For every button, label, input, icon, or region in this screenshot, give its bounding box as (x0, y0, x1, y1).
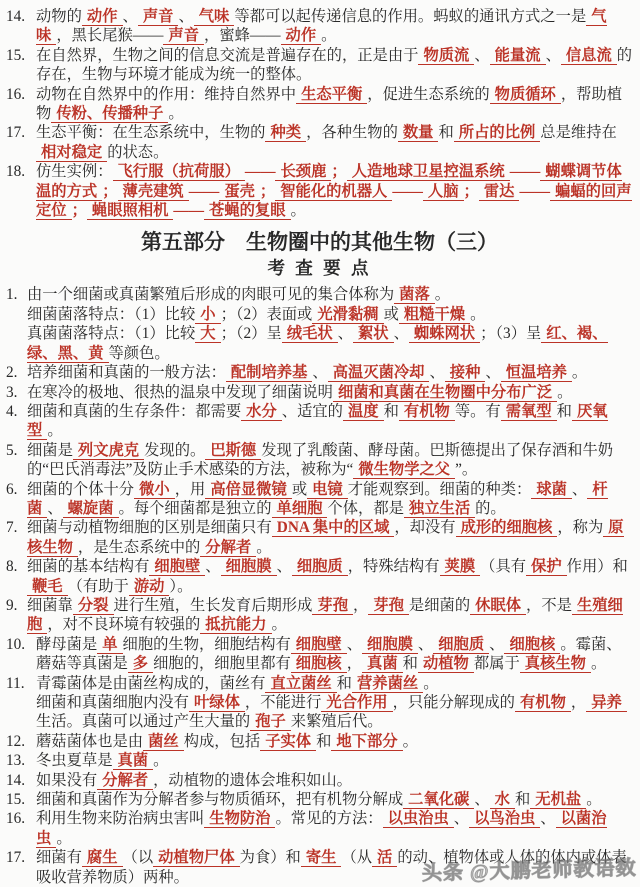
text-segment: 或 (384, 306, 399, 323)
answer-blank: 所占的比例 (454, 124, 541, 142)
answer-blank: 细菌和真菌在生物圈中分布广泛 (333, 384, 557, 402)
answer-blank: 真核生物 (520, 655, 591, 673)
text-segment: —— (392, 183, 423, 200)
item-number: 12. (6, 732, 36, 751)
answer-blank: 二氧化碳 (403, 791, 474, 809)
text-segment: 等。有 (455, 403, 501, 420)
text-segment: 、 (474, 791, 489, 808)
text-segment: 由一个细菌或真菌繁殖后形成的肉眼可见的集合体称为 (27, 286, 394, 303)
answer-blank: 物质循环 (490, 86, 561, 104)
section-title: 第五部分 生物圈中的其他生物（三） (6, 229, 633, 256)
answer-blank: 活 (372, 849, 397, 867)
list-item: 8.细菌的基本结构有细胞壁、细胞膜、细胞质，特殊结构有荚膜（具有保护作用）和鞭毛… (6, 557, 633, 596)
main-item-list: 1.由一个细菌或真菌繁殖后形成的肉眼可见的集合体称为菌落。细菌菌落特点：（1）比… (6, 285, 633, 887)
answer-blank: 独立生活 (404, 500, 475, 518)
text-segment: ，不能进行 (245, 694, 322, 711)
text-segment: 和 (384, 403, 399, 420)
text-segment: ，不是 (526, 597, 572, 614)
item-number: 1. (6, 285, 27, 304)
answer-blank: 抵抗能力 (200, 616, 271, 634)
text-segment: ，黑长尾猴—— (56, 27, 163, 44)
text-segment: ，只能分解现成的 (393, 694, 515, 711)
text-segment: 细胞的，细胞里都有 (153, 655, 291, 672)
answer-blank: 分裂 (73, 597, 114, 615)
answer-blank: 水 (490, 791, 515, 809)
answer-blank: 需氧型 (501, 403, 557, 421)
text-segment: 培养细菌和真菌的一般方法： (27, 364, 226, 381)
text-segment: 的状态。 (107, 144, 168, 161)
text-segment: 蘑菇菌体也是由 (36, 733, 143, 750)
text-segment: 是细菌的 (409, 597, 470, 614)
answer-blank: 菌落 (394, 286, 435, 304)
answer-blank: 休眠体 (470, 597, 526, 615)
text-segment: 、 (540, 810, 555, 827)
answer-blank: 孢子 (250, 713, 291, 731)
text-segment: 、 (277, 558, 292, 575)
item-number: 14. (6, 771, 36, 790)
top-item-list: 14.动物的动作、声音、气味等都可以起传递信息的作用。蚂蚁的通讯方式之一是气味，… (6, 7, 633, 220)
answer-blank: 子实体 (260, 733, 316, 751)
text-segment: 生态平衡：在生态系统中，生物的 (36, 124, 265, 141)
answer-blank: 细胞壁 (149, 558, 205, 576)
list-item: 5.细菌是列文虎克发现的。巴斯德发现了乳酸菌、酵母菌。巴斯德提出了保存酒和牛奶的… (6, 441, 633, 480)
text-segment: 、 (485, 364, 500, 381)
text-segment: ； (331, 163, 346, 180)
text-segment: 仿生实例： (36, 163, 113, 180)
answer-blank: 真菌 (113, 752, 154, 770)
text-segment: （有助于 (68, 578, 129, 595)
answer-blank: 以鸟治虫 (469, 810, 540, 828)
text-segment: 。常见的方法： (275, 810, 382, 827)
item-number: 16. (6, 809, 36, 828)
answer-blank: 异养 (586, 694, 627, 712)
list-item: 3.在寒冷的极地、很热的温泉中发现了细菌说明细菌和真菌在生物圈中分布广泛。 (6, 383, 633, 402)
text-segment: 细胞的生物，细胞结构有 (123, 636, 291, 653)
answer-blank: 蜘蛛网状 (409, 325, 480, 343)
list-item: 17.生态平衡：在生态系统中，生物的种类，各种生物的数量和所占的比例总是维持在相… (6, 123, 633, 162)
text-segment: 细菌和真菌作为分解者参与物质循环，把有机物分解成 (36, 791, 403, 808)
answer-blank: 腐生 (82, 849, 123, 867)
answer-blank: 列文虎克 (73, 442, 144, 460)
answer-blank: 微小 (134, 481, 175, 499)
answer-blank: 单 (97, 636, 122, 654)
answer-blank: 气味 (194, 8, 235, 26)
item-number: 4. (6, 402, 27, 421)
text-segment: 个体，都是 (327, 500, 404, 517)
answer-blank: 高倍显微镜 (205, 481, 292, 499)
text-segment: ，是生态系统中的 (78, 539, 200, 556)
answer-blank: 细胞壁 (291, 636, 347, 654)
text-segment: 和 (403, 655, 418, 672)
answer-blank: 相对稳定 (36, 144, 107, 162)
text-segment: —— (519, 183, 550, 200)
text-segment: 、 (572, 481, 587, 498)
list-item: 4.细菌和真菌的生存条件：都需要水分、适宜的温度和有机物等。有需氧型和厌氧型。 (6, 402, 633, 441)
text-segment: ，促进生态系统的 (367, 86, 489, 103)
answer-blank: 种类 (265, 124, 306, 142)
answer-blank: 动作 (281, 27, 322, 45)
answer-blank: 声音 (138, 8, 179, 26)
answer-blank: 蝇眼照相机 (87, 202, 174, 220)
answer-blank: 细胞核 (504, 636, 560, 654)
text-segment: 都属于 (474, 655, 520, 672)
item-number: 5. (6, 441, 27, 460)
text-segment: ，动植物的遗体会堆积如山。 (153, 772, 352, 789)
text-segment: ，特殊结构有 (348, 558, 440, 575)
text-segment: 。 (168, 105, 183, 122)
answer-blank: 保护 (526, 558, 567, 576)
answer-blank: 荚膜 (440, 558, 481, 576)
list-item: 16.动物在自然界中的作用：维持自然界中生态平衡，促进生态系统的物质循环，帮助植… (6, 85, 633, 124)
text-segment: ； (464, 183, 479, 200)
text-segment: ，蜜蜂—— (204, 27, 281, 44)
text-segment: 或 (292, 481, 307, 498)
text-segment: 。 (153, 752, 168, 769)
text-segment: 、 (123, 8, 138, 25)
answer-blank: 寄生 (301, 849, 342, 867)
text-segment: 才能观察到。细菌的种类： (348, 481, 532, 498)
text-segment: 、 (205, 558, 220, 575)
text-segment: 。 (47, 422, 62, 439)
text-segment: 。 (272, 616, 287, 633)
text-segment: ， (353, 597, 368, 614)
answer-blank: 数量 (398, 124, 439, 142)
text-segment: 真菌菌落特点：（1）比较 (27, 325, 195, 342)
text-segment: 、 (429, 364, 444, 381)
answer-blank: 成形的细胞核 (456, 519, 558, 537)
list-item: 2.培养细菌和真菌的一般方法：配制培养基、高温灭菌冷却、接种、恒温培养。 (6, 363, 633, 382)
item-number: 6. (6, 480, 27, 499)
text-segment: 。 (435, 286, 450, 303)
text-segment: 细菌有 (36, 849, 82, 866)
text-segment: 构成，包括 (184, 733, 261, 750)
answer-blank: 无机盐 (530, 791, 586, 809)
answer-blank: 传粉、传播种子 (51, 105, 168, 123)
answer-blank: DNA 集中的区域 (272, 519, 395, 537)
answer-blank: 球菌 (531, 481, 572, 499)
text-segment: 为食）和 (240, 849, 301, 866)
text-segment: 、 (489, 636, 504, 653)
text-segment: 和 (515, 791, 530, 808)
list-item: 11.青霉菌体是由菌丝构成的，菌丝有直立菌丝和营养菌丝。细菌和真菌细胞内没有叶绿… (6, 674, 633, 732)
answer-blank: 高温灭菌冷却 (328, 364, 430, 382)
text-segment: 。 (256, 539, 271, 556)
item-number: 18. (6, 162, 36, 181)
list-item: 15.细菌和真菌作为分解者参与物质循环，把有机物分解成二氧化碳、水和无机盐。 (6, 790, 633, 809)
answer-blank: 电镜 (307, 481, 348, 499)
text-segment: ，却没有 (394, 519, 455, 536)
text-segment: 。 (321, 27, 336, 44)
text-segment: 、 (347, 636, 362, 653)
answer-blank: 智能化的机器人 (275, 183, 392, 201)
text-segment: 、适宜的 (282, 403, 343, 420)
answer-blank: 有机物 (515, 694, 571, 712)
text-segment: —— (173, 202, 204, 219)
text-segment: 细菌和真菌细胞内没有 (36, 694, 189, 711)
text-segment: 和 (316, 733, 331, 750)
text-segment: 细菌菌落特点：（1）比较 (27, 306, 195, 323)
text-segment: ）。 (169, 578, 192, 595)
item-number: 17. (6, 123, 36, 142)
list-item: 10.酵母菌是单细胞的生物，细胞结构有细胞壁、细胞膜、细胞质、细胞核。霉菌、蘑菇… (6, 635, 633, 674)
answer-blank: 细胞质 (292, 558, 348, 576)
answer-blank: 人造地球卫星控温系统 (347, 163, 510, 181)
answer-blank: 粗糙干燥 (399, 306, 470, 324)
text-segment: 细菌靠 (27, 597, 73, 614)
item-number: 3. (6, 383, 27, 402)
item-number: 11. (6, 674, 36, 693)
text-segment: 。 (591, 655, 606, 672)
text-segment: 细菌是 (27, 442, 73, 459)
text-segment: 。 (572, 364, 587, 381)
text-segment: ； (72, 202, 87, 219)
answer-blank: 分解者 (200, 539, 256, 557)
answer-blank: 长颈鹿 (275, 163, 331, 181)
text-segment: 生活。真菌可以通过产生大量的 (36, 713, 250, 730)
answer-blank: 巴斯德 (205, 442, 261, 460)
text-segment: 细菌和真菌的生存条件：都需要 (27, 403, 241, 420)
answer-blank: 绒毛状 (282, 325, 338, 343)
answer-blank: 薄壳建筑 (118, 183, 189, 201)
text-segment: 青霉菌体是由菌丝构成的，菌丝有 (36, 675, 265, 692)
answer-blank: 生态平衡 (296, 86, 367, 104)
text-segment: 总是维持在 (540, 124, 617, 141)
list-item: 1.由一个细菌或真菌繁殖后形成的肉眼可见的集合体称为菌落。细菌菌落特点：（1）比… (6, 285, 633, 363)
answer-blank: 恒温培养 (501, 364, 572, 382)
answer-blank: 动植物 (418, 655, 474, 673)
text-segment: 、 (178, 8, 193, 25)
text-segment: ，称为 (557, 519, 603, 536)
answer-blank: 叶绿体 (189, 694, 245, 712)
text-segment: 发现的。 (144, 442, 205, 459)
text-segment: ，用 (175, 481, 206, 498)
answer-blank: 人脑 (423, 183, 464, 201)
text-segment: 、 (418, 636, 433, 653)
text-segment: 和 (337, 675, 352, 692)
answer-blank: 螺旋菌 (63, 500, 119, 518)
text-segment: ，对不良环境有较强的 (47, 616, 200, 633)
text-segment: 。 (586, 791, 601, 808)
item-number: 13. (6, 751, 36, 770)
answer-blank: 雷达 (479, 183, 520, 201)
answer-blank: 菌丝 (143, 733, 184, 751)
text-segment: ； (260, 183, 275, 200)
list-item: 14.如果没有分解者，动植物的遗体会堆积如山。 (6, 771, 633, 790)
section-heading: 第五部分 生物圈中的其他生物（三） 考 查 要 点 (6, 229, 633, 280)
list-item: 6.细菌的个体十分微小，用高倍显微镜或电镜才能观察到。细菌的种类：球菌、杆菌、螺… (6, 480, 633, 519)
answer-blank: 小 (195, 306, 220, 324)
text-segment: 作用）和 (567, 558, 628, 575)
item-number: 15. (6, 46, 36, 65)
text-segment: 的。 (475, 500, 506, 517)
text-segment: 、 (546, 47, 561, 64)
list-item: 18.仿生实例：飞行服（抗荷服）——长颈鹿；人造地球卫星控温系统——蝴蝶调节体温… (6, 162, 633, 220)
text-segment: 。 (470, 306, 485, 323)
text-segment: —— (189, 183, 220, 200)
answer-blank: 细胞膜 (221, 558, 277, 576)
item-number: 15. (6, 790, 36, 809)
answer-blank: 动作 (82, 8, 123, 26)
answer-blank: 真菌 (362, 655, 403, 673)
answer-blank: 蛋壳 (219, 183, 260, 201)
text-segment: 冬虫夏草是 (36, 752, 113, 769)
text-segment: 、 (47, 500, 62, 517)
item-number: 10. (6, 635, 36, 654)
text-segment: 细菌的个体十分 (27, 481, 134, 498)
answer-blank: 温度 (343, 403, 384, 421)
text-segment: 等都可以起传递信息的作用。蚂蚁的通讯方式之一是 (234, 8, 586, 25)
text-segment: 。 (291, 202, 306, 219)
text-segment: 。 (557, 384, 572, 401)
text-segment: ，各种生物的 (306, 124, 398, 141)
text-segment: —— (510, 163, 541, 180)
text-segment: 和 (438, 124, 453, 141)
item-number: 2. (6, 363, 27, 382)
item-number: 7. (6, 518, 27, 537)
document-page: 14.动物的动作、声音、气味等都可以起传递信息的作用。蚂蚁的通讯方式之一是气味，… (0, 0, 640, 887)
answer-blank: 声音 (163, 27, 204, 45)
text-segment: ；（2）表面或 (221, 306, 313, 323)
text-segment: 。 (423, 675, 438, 692)
text-segment: （具有 (480, 558, 526, 575)
text-segment: 酵母菌是 (36, 636, 97, 653)
answer-blank: 细胞膜 (362, 636, 418, 654)
text-segment: ”。 (455, 461, 477, 478)
text-segment: （以 (123, 849, 154, 866)
answer-blank: 信息流 (561, 47, 617, 65)
answer-blank: 营养菌丝 (352, 675, 423, 693)
text-segment: ；（3）呈 (480, 325, 541, 342)
answer-blank: 单细胞 (272, 500, 328, 518)
text-segment: ；（2）呈 (221, 325, 282, 342)
section-subtitle: 考 查 要 点 (6, 256, 633, 280)
item-number: 9. (6, 596, 27, 615)
answer-blank: 细胞质 (433, 636, 489, 654)
answer-blank: 地下部分 (331, 733, 402, 751)
answer-blank: 芽孢 (368, 597, 409, 615)
answer-blank: 物质流 (418, 47, 474, 65)
text-segment: 、 (394, 325, 409, 342)
answer-blank: 以虫治虫 (383, 810, 454, 828)
list-item: 14.动物的动作、声音、气味等都可以起传递信息的作用。蚂蚁的通讯方式之一是气味，… (6, 7, 633, 46)
list-item: 15.在自然界，生物之间的信息交流是普遍存在的，正是由于物质流、能量流、信息流的… (6, 46, 633, 85)
answer-blank: 飞行服（抗荷服） (113, 163, 245, 181)
text-segment: 如果没有 (36, 772, 97, 789)
answer-blank: 有机物 (399, 403, 455, 421)
list-item: 9.细菌靠分裂进行生殖，生长发育后期形成芽孢，芽孢是细菌的休眠体，不是生殖细胞，… (6, 596, 633, 635)
answer-blank: 配制培养基 (226, 364, 313, 382)
text-segment: ， (571, 694, 586, 711)
text-segment: 、 (454, 810, 469, 827)
text-segment: 动物在自然界中的作用：维持自然界中 (36, 86, 296, 103)
answer-blank: 苍蝇的复眼 (204, 202, 291, 220)
text-segment: ； (102, 183, 117, 200)
text-segment: 来繁殖后代。 (291, 713, 383, 730)
text-segment: 。 (56, 830, 71, 847)
answer-blank: 接种 (445, 364, 486, 382)
text-segment: 、 (338, 325, 353, 342)
answer-blank: 细胞核 (291, 655, 347, 673)
answer-blank: 生物防治 (204, 810, 275, 828)
answer-blank: 动植物尸体 (153, 849, 240, 867)
list-item: 16.利用生物来防治病虫害叫生物防治。常见的方法：以虫治虫、以鸟治虫、以菌治虫。 (6, 809, 633, 848)
text-segment: （从 (341, 849, 372, 866)
text-segment: 、 (312, 364, 327, 381)
list-item: 13.冬虫夏草是真菌。 (6, 751, 633, 770)
answer-blank: 微生物学之父 (353, 461, 455, 479)
answer-blank: 絮状 (353, 325, 394, 343)
text-segment: 。每个细菌都是独立的 (119, 500, 272, 517)
text-segment: 细菌与动植物细胞的区别是细菌只有 (27, 519, 272, 536)
answer-blank: 大 (195, 325, 220, 343)
answer-blank: 鞭毛 (27, 578, 68, 596)
answer-blank: 光合作用 (321, 694, 392, 712)
text-segment: 进行生殖，生长发育后期形成 (114, 597, 313, 614)
text-segment: 动物的 (36, 8, 82, 25)
list-item: 7.细菌与动植物细胞的区别是细菌只有DNA 集中的区域，却没有成形的细胞核，称为… (6, 518, 633, 557)
answer-blank: 能量流 (490, 47, 546, 65)
text-segment: —— (245, 163, 276, 180)
answer-blank: 水分 (241, 403, 282, 421)
answer-blank: 游动 (129, 578, 170, 596)
text-segment: 和 (557, 403, 572, 420)
text-segment: 等颜色。 (109, 345, 170, 362)
list-item: 12.蘑菇菌体也是由菌丝构成，包括子实体和地下部分。 (6, 732, 633, 751)
text-segment: 在自然界，生物之间的信息交流是普遍存在的，正是由于 (36, 47, 418, 64)
text-segment: 在寒冷的极地、很热的温泉中发现了细菌说明 (27, 384, 333, 401)
answer-blank: 芽孢 (312, 597, 353, 615)
answer-blank: 光滑黏稠 (312, 306, 383, 324)
answer-blank: 分解者 (97, 772, 153, 790)
answer-blank: 直立菌丝 (265, 675, 336, 693)
item-number: 16. (6, 85, 36, 104)
text-segment: 利用生物来防治病虫害叫 (36, 810, 204, 827)
text-segment: 、 (474, 47, 489, 64)
text-segment: 细菌的基本结构有 (27, 558, 149, 575)
item-number: 14. (6, 7, 36, 26)
text-segment: 。 (403, 733, 418, 750)
item-number: 17. (6, 848, 36, 867)
item-number: 8. (6, 557, 27, 576)
answer-blank: 多 (128, 655, 153, 673)
text-segment: ， (347, 655, 362, 672)
